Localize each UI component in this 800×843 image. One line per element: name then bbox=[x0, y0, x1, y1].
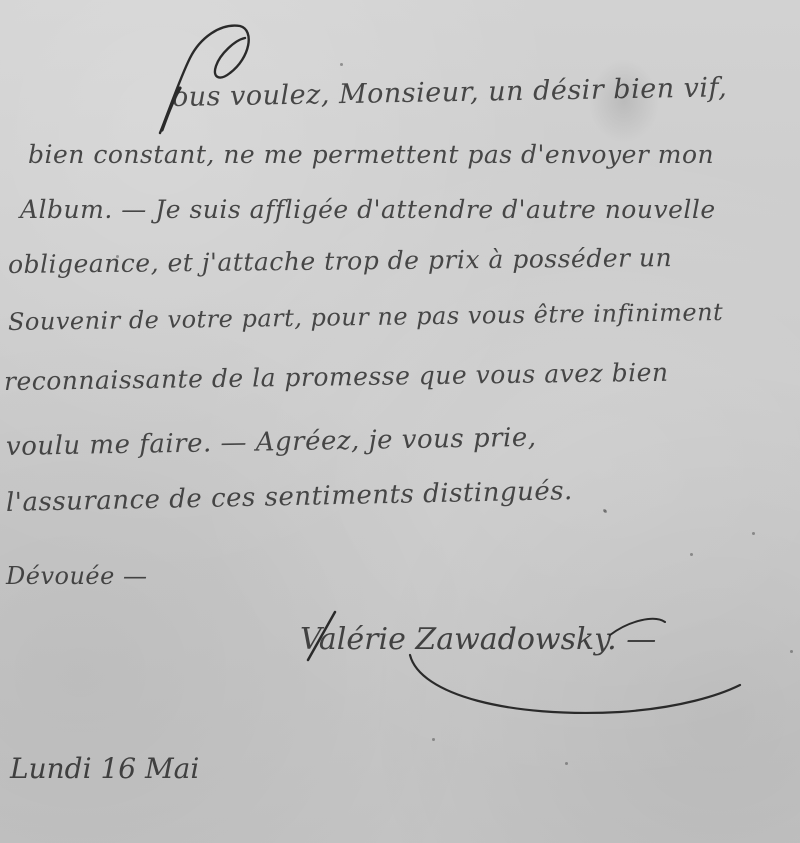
initial-letter-flourish bbox=[150, 18, 260, 138]
paper-speck bbox=[752, 532, 755, 535]
paper-speck bbox=[340, 63, 343, 66]
body-line-9: Dévouée — bbox=[6, 562, 147, 590]
letter-date: Lundi 16 Mai bbox=[10, 752, 199, 785]
signature-flourish bbox=[290, 600, 750, 720]
body-line-2: bien constant, ne me permettent pas d'en… bbox=[28, 140, 714, 169]
paper-speck bbox=[690, 553, 693, 556]
paper-speck bbox=[790, 650, 793, 653]
signature: Valérie Zawadowsky. — bbox=[300, 622, 656, 657]
paper-speck bbox=[604, 510, 607, 513]
paper-speck bbox=[565, 762, 568, 765]
paper-speck bbox=[432, 738, 435, 741]
body-line-3: Album. — Je suis affligée d'attendre d'a… bbox=[20, 195, 716, 224]
